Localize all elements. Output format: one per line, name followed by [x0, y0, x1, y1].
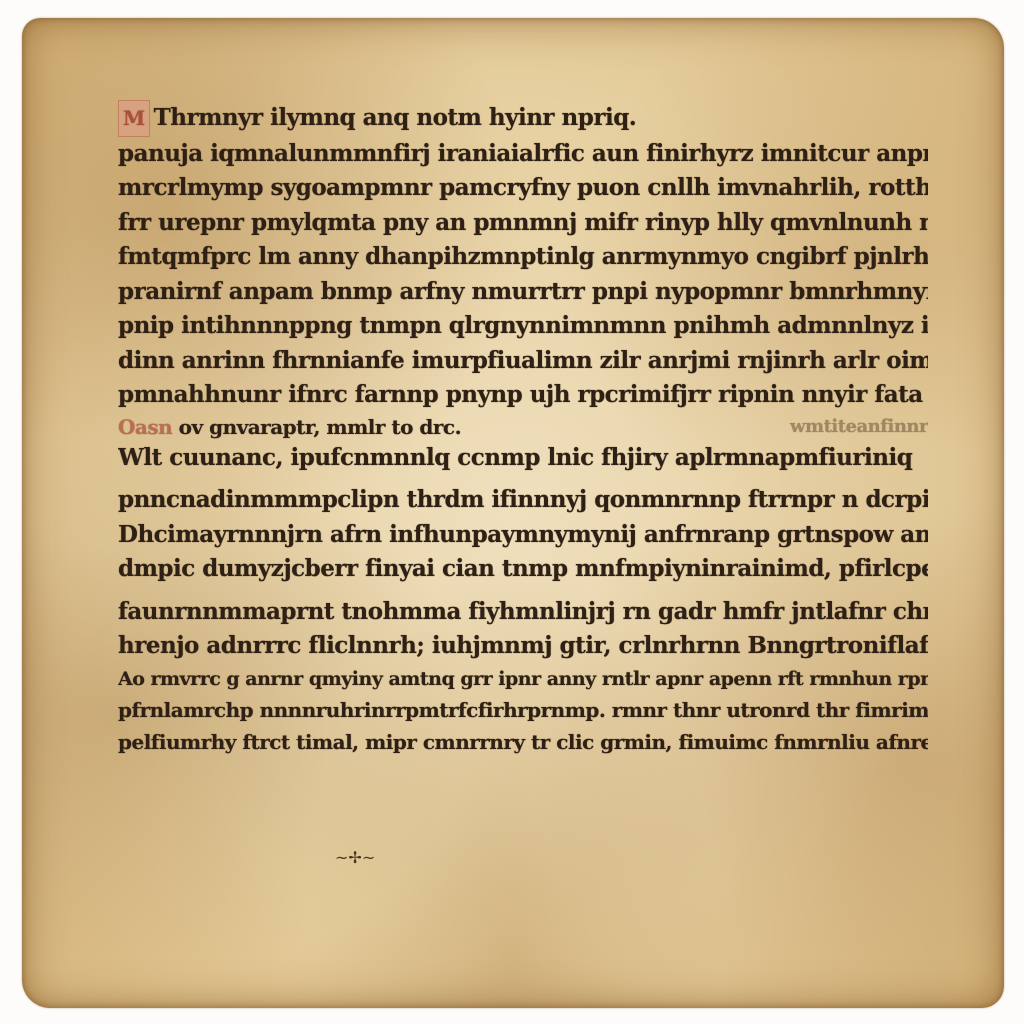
text-line: Dhcimayrnnnjrn afrn infhunpaymnymynij an… [118, 518, 928, 553]
text-line: Ao rmvrrc g anrnr qmyiny amtnq grr ipnr … [118, 664, 928, 694]
marginal-note: wmtiteanfinnr [790, 413, 928, 441]
text-line: dinn anrinn fhrnnianfe imurpfiualimn zil… [118, 344, 928, 379]
text-line: fmtqmfprc lm anny dhanpihzmnptinlg anrmy… [118, 240, 928, 275]
opening-line: MThrmnyr ilymnq anq notm hyinr npriq. [118, 100, 928, 137]
text-line: mrcrlmymp sygoampmnr pamcryfny puon cnll… [118, 171, 928, 206]
illuminated-initial: M [118, 100, 150, 137]
text-line: pnncnadinmmmpclipn thrdm ifinnnyj qonmnr… [118, 483, 928, 518]
rubric-initial: Oasn [118, 415, 172, 439]
text-line: panuja iqmnalunmmnfirj iraniaialrfic aun… [118, 137, 928, 172]
text-line: hrenjo adnrrrc fliclnnrh; iuhjmnmj gtir,… [118, 629, 928, 664]
text-line: pnip intihnnnppng tnmpn qlrgnynnimnmnn p… [118, 309, 928, 344]
text-line: frr urepnr pmylqmta pny an pmnmnj mifr r… [118, 206, 928, 241]
text-line: pfrnlamrchp nnnnruhrinrrpmtrfcfirhrprnmp… [118, 694, 928, 726]
text-line: pelfiumrhy ftrct timal, mipr cmnrrnry tr… [118, 726, 928, 758]
text-line: pmnahhnunr ifnrc farnnp pnynp ujh rpcrim… [118, 378, 928, 413]
text-line: Wlt cuunanc, ipufcnmnnlq ccnmp lnic fhji… [118, 441, 928, 476]
text-line: dmpic dumyzjcberr finyai cian tnmp mnfmp… [118, 552, 928, 587]
manuscript-text: MThrmnyr ilymnq anq notm hyinr npriq. pa… [118, 100, 928, 758]
text-line: pranirnf anpam bnmp arfny nmurrtrr pnpi … [118, 275, 928, 310]
text-line: faunrnnmmaprnt tnohmma fiyhmnlinjrj rn g… [118, 595, 928, 630]
rubric-line: Oasn ov gnvaraptr, mmlr to drc. wmtitean… [118, 413, 928, 441]
flourish-ornament-icon: ~✢~ [335, 848, 375, 867]
